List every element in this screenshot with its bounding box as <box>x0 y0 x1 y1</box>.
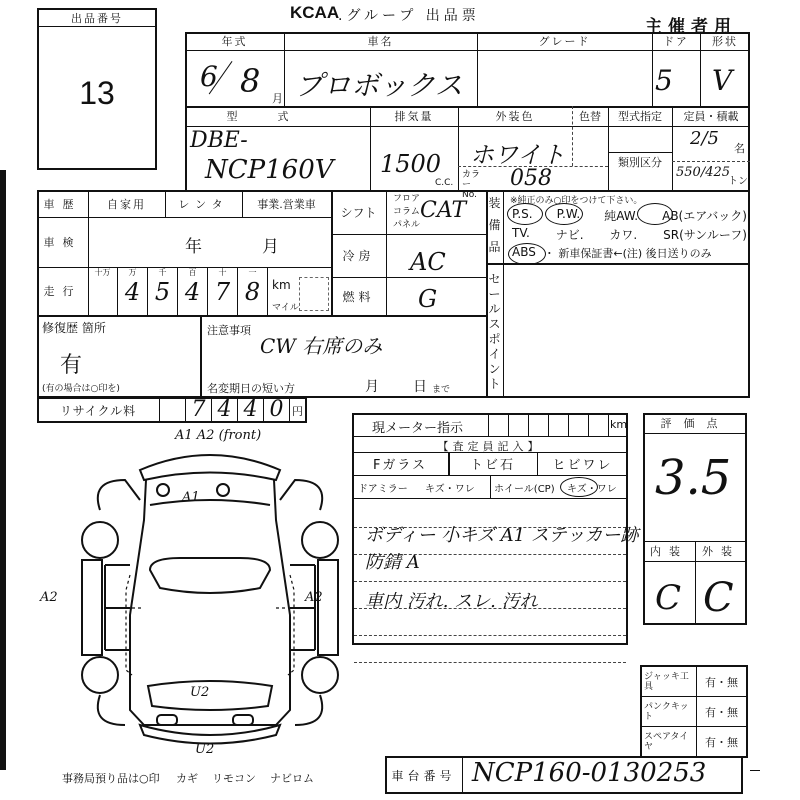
form-title: .グループ 出品票 <box>338 5 480 25</box>
lot-number-box: 出品番号 13 <box>37 8 157 170</box>
mileage-digit-cell: 百4 <box>178 267 208 315</box>
car-damage-diagram[interactable] <box>80 420 340 760</box>
meter-unit: km <box>610 418 627 431</box>
mileage-digit-cell: 千5 <box>148 267 178 315</box>
capacity-persons-unit: 名 <box>734 140 745 156</box>
tool-row: ジャッキ工具有・無 <box>642 667 746 697</box>
circle-abs <box>508 243 546 265</box>
mirror-label: ドアミラー <box>358 480 408 495</box>
circle-airbag <box>637 203 673 225</box>
grade-label: グレード <box>477 32 652 50</box>
fuel-label: 燃料 <box>331 277 386 315</box>
circle-wheel-scratch <box>560 477 598 497</box>
glass-label: Fガラス <box>352 452 448 475</box>
logo: KCAA <box>290 3 339 23</box>
capacity-load: 550/425 <box>676 165 730 180</box>
glass-crack[interactable]: ヒビワレ <box>537 452 628 475</box>
displacement-value: 1500 <box>380 150 441 178</box>
history-option-rental[interactable]: レンタ <box>165 190 242 217</box>
equipment-row-2: TV. ナビ. カワ. SR(サンルーフ) <box>512 226 747 243</box>
chassis-number: NCP160-0130253 <box>472 758 706 788</box>
model-label: 型式 <box>185 106 370 126</box>
shift-label: シフト <box>331 190 386 234</box>
grade-score: 3.5 <box>655 450 731 506</box>
capacity-load-unit: トン <box>728 172 748 187</box>
type-designation-label: 型式指定 <box>608 106 672 126</box>
exterior-label: 外装 <box>695 541 747 561</box>
chassis-label: 車台番号 <box>385 756 462 794</box>
car-name-value: プロボックス <box>295 64 463 104</box>
repair-value: 有 <box>60 348 82 379</box>
mileage-digit-cell: 十7 <box>208 267 238 315</box>
shift-options: フロア コラム パネル <box>393 193 420 232</box>
shape-value: V <box>712 64 732 97</box>
repair-label: 修復歴 箇所 <box>42 319 106 336</box>
chassis-dash <box>750 770 760 771</box>
sales-point-label: セールスポイント <box>486 272 503 392</box>
name-change-label: 名変期日の短い方 <box>207 380 295 396</box>
interior-grade: C <box>655 578 681 618</box>
tool-value[interactable]: 有・無 <box>697 727 746 756</box>
item-key[interactable]: カギ <box>176 770 198 786</box>
equipment-airbag[interactable]: AB(エアバック) <box>662 207 747 224</box>
name-change-until: まで <box>432 382 450 395</box>
name-change-day: 日 <box>413 376 427 396</box>
doors-value: 5 <box>655 64 673 97</box>
capacity-label: 定員・積載 <box>672 106 750 126</box>
ac-value: AC <box>410 248 446 276</box>
equipment-warranty[interactable]: ・ 新車保証書←(注) 後日送りのみ <box>544 245 712 261</box>
tools-block: ジャッキ工具有・無パンクキット有・無スペアタイヤ有・無 <box>640 665 748 758</box>
item-remote[interactable]: リモコン <box>212 770 256 786</box>
scan-edge <box>0 170 6 770</box>
grade-label: 評価点 <box>643 413 747 433</box>
shift-value: CAT <box>420 198 466 223</box>
exterior-grade: C <box>703 575 734 621</box>
tool-label: スペアタイヤ <box>642 727 697 756</box>
month-unit: 月 <box>272 90 283 106</box>
mileage-label: 走行 <box>37 267 88 315</box>
ac-label: 冷房 <box>331 234 386 277</box>
item-navi-rom[interactable]: ナビロム <box>270 770 314 786</box>
equipment-alloy-wheels[interactable]: 純AW. <box>604 207 638 224</box>
equipment-label: 装備品 <box>486 192 503 262</box>
shift-panel[interactable]: パネル <box>393 219 420 232</box>
tool-row: スペアタイヤ有・無 <box>642 727 746 756</box>
inspection-year-unit: 年 <box>185 232 202 257</box>
model-value-line1: DBE- <box>190 128 248 153</box>
year-label: 年式 <box>185 32 284 50</box>
equipment-leather[interactable]: カワ. <box>609 226 637 243</box>
mark-right: A2 <box>305 590 323 605</box>
repair-note: (有の場合は○印を) <box>42 381 120 394</box>
displacement-label: 排気量 <box>370 106 458 126</box>
interior-label: 内装 <box>643 541 695 561</box>
capacity-persons: 2/5 <box>690 128 719 149</box>
mark-left: A2 <box>40 590 58 605</box>
meter-label: 現メーター指示 <box>372 417 463 436</box>
inspector-note: 車内 汚れ. スレ. 汚れ <box>365 587 538 613</box>
mileage-digit-cell: 十万 <box>88 267 118 315</box>
mark-front: A1 A2 (front) <box>175 428 261 443</box>
mileage-digit-cell: 一8 <box>238 267 268 315</box>
lot-number: 13 <box>39 75 155 112</box>
fuel-value: G <box>418 285 437 313</box>
equipment-navi[interactable]: ナビ. <box>556 226 584 243</box>
color-value: ホワイト <box>470 135 565 170</box>
mark-hood: A1 <box>182 490 200 505</box>
tool-row: パンクキット有・無 <box>642 697 746 727</box>
circle-pw <box>545 203 583 225</box>
mile-checkbox[interactable] <box>299 277 329 311</box>
shape-label: 形状 <box>700 32 750 50</box>
tool-label: パンクキット <box>642 697 697 726</box>
car-name-label: 車名 <box>284 32 477 50</box>
month-value: 8 <box>240 62 260 100</box>
mileage-unit-mile: マイル <box>272 300 299 313</box>
model-value-line2: NCP160V <box>205 155 334 185</box>
shift-column[interactable]: コラム <box>393 206 420 219</box>
inspection-month-unit: 月 <box>262 232 279 257</box>
doors-label: ドア <box>652 32 700 50</box>
history-option-commercial[interactable]: 事業.営業車 <box>242 190 331 217</box>
shift-floor[interactable]: フロア <box>393 193 420 206</box>
wheel-label: ホイール(CP) <box>494 480 555 495</box>
tool-value[interactable]: 有・無 <box>697 667 746 696</box>
remarks-label: 注意事項 <box>207 322 251 338</box>
mark-trunk: U2 <box>190 685 209 700</box>
tool-value[interactable]: 有・無 <box>697 697 746 726</box>
recycle-unit: 円 <box>292 403 303 419</box>
displacement-unit: C.C. <box>435 178 453 188</box>
inspector-note: ボディー 小キズ A1 ステッカー跡 <box>365 521 638 547</box>
color-change-label: 色替 <box>572 106 608 126</box>
inspector-note: 防錆 A <box>365 548 420 574</box>
history-option-private[interactable]: 自家用 <box>88 190 165 217</box>
equipment-tv[interactable]: TV. <box>512 226 530 243</box>
color-label: 外装色 <box>458 106 572 126</box>
lot-number-label: 出品番号 <box>39 10 155 27</box>
mirror-options[interactable]: キズ・ワレ <box>425 480 475 495</box>
mileage-unit-km: km <box>272 278 291 292</box>
history-label: 車歴 <box>37 190 88 217</box>
glass-chip[interactable]: トビ石 <box>448 452 537 475</box>
remarks-value: CW 右席のみ <box>260 330 382 359</box>
sales-point-area <box>505 265 748 396</box>
name-change-month: 月 <box>365 376 379 396</box>
mileage-digit-cell: 万4 <box>118 267 148 315</box>
circle-ps <box>507 203 543 225</box>
category-label: 類別区分 <box>608 152 672 172</box>
diagram-footer: 事務局預り品は○印 <box>62 770 160 786</box>
tool-label: ジャッキ工具 <box>642 667 697 696</box>
inspection-label: 車検 <box>37 217 88 267</box>
color-no-value: 058 <box>510 166 552 191</box>
office-items: カギ リモコン ナビロム <box>176 770 314 786</box>
mark-rear: U2 <box>195 742 214 757</box>
equipment-sunroof[interactable]: SR(サンルーフ) <box>663 226 747 243</box>
